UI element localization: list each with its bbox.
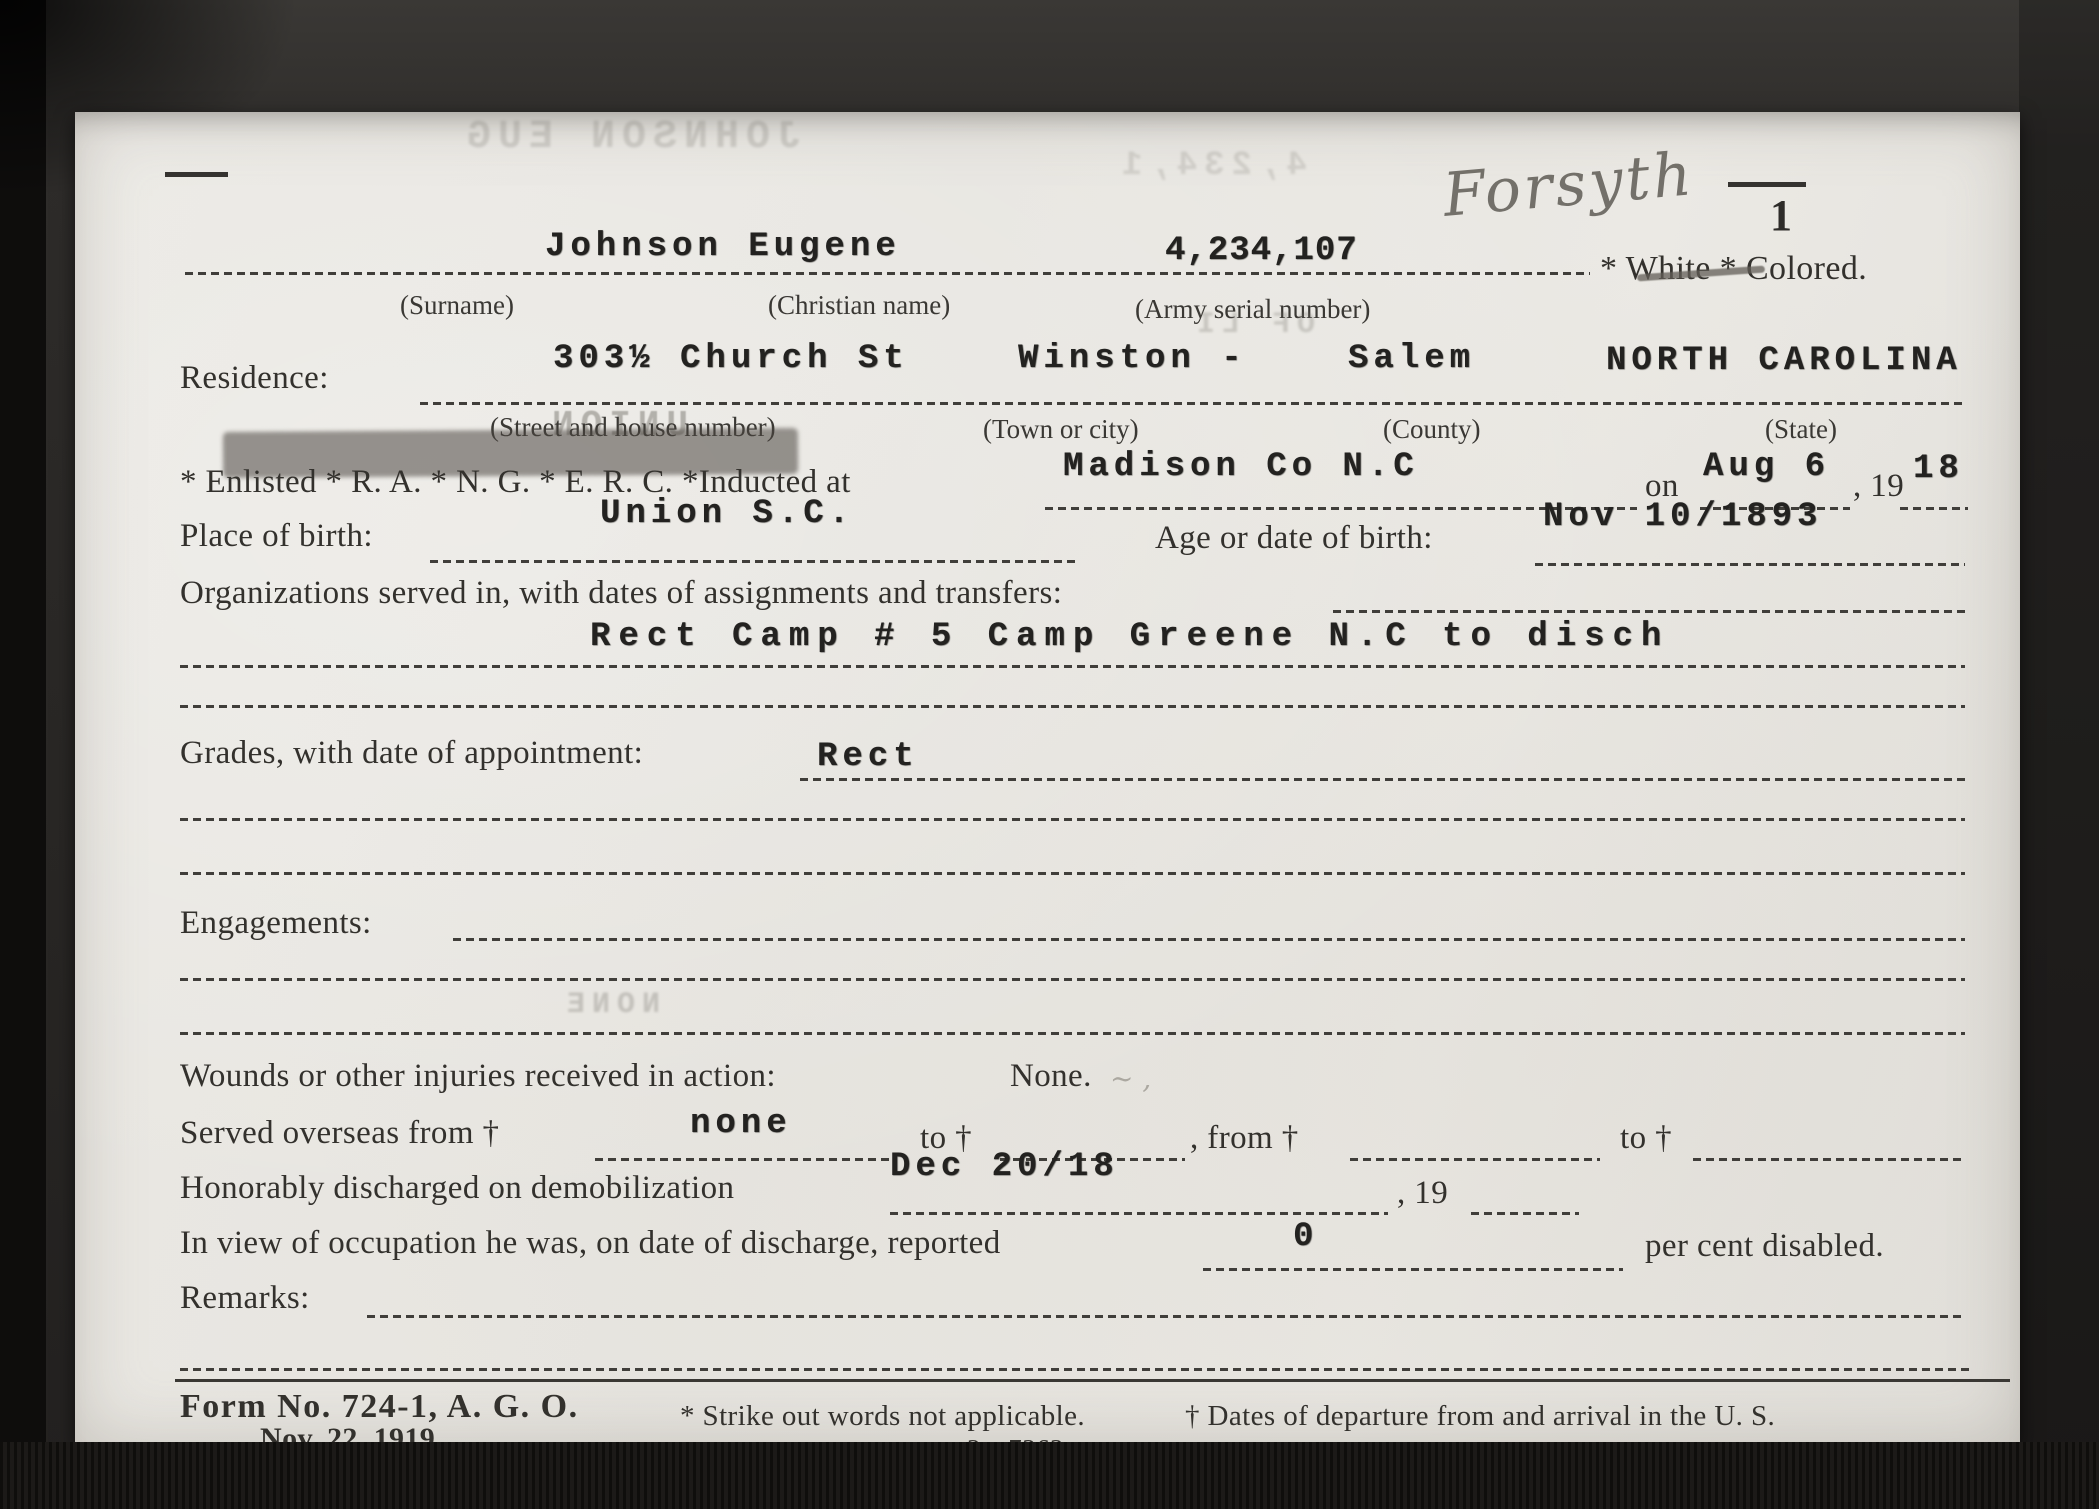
year-prefix-label: , 19 [1853,468,1904,505]
ink-bleed-header: JOHNSON EUG [460,115,801,160]
army-serial-value: 4,234,107 [1165,232,1358,270]
ink-bleed-margin: OF LI [1190,308,1315,342]
disability-value: 0 [1293,1218,1318,1256]
age-or-birthdate-label: Age or date of birth: [1155,520,1433,557]
name-value: Johnson Eugene [545,228,901,266]
engagements-rule-2 [180,978,1965,981]
strike-out-note: * Strike out words not applicable. [680,1400,1085,1433]
pencil-marks: ~ , [1110,1062,1151,1095]
grades-rule-3 [180,872,1965,875]
scanner-background-bottom [0,1442,2099,1509]
place-of-birth-value: Union S.C. [600,495,854,533]
engagements-rule-3 [180,1032,1965,1035]
birthdate-rule [1535,563,1965,566]
page-number: 1 [1770,190,1792,241]
organizations-rule-1 [1333,610,1965,613]
organizations-rule-2 [180,665,1965,668]
induction-year-rule [1900,507,1968,510]
served-overseas-label: Served overseas from † [180,1115,499,1152]
organizations-rule-3 [180,705,1965,708]
remarks-rule [367,1315,1965,1318]
top-left-tick-mark [165,172,228,177]
overseas-from-label-2: , from † [1190,1120,1299,1157]
engagements-rule-1 [453,938,1965,941]
county-label: (County) [1383,414,1481,445]
inducted-place-value: Madison Co N.C [1063,448,1419,486]
discharge-year-prefix: , 19 [1397,1175,1448,1212]
form-number: Form No. 724-1, A. G. O. [180,1388,579,1426]
state-label: (State) [1765,414,1837,445]
discharge-label: Honorably discharged on demobilization [180,1170,734,1207]
scanner-background-left [0,0,46,1509]
county-value: Salem [1348,340,1475,378]
grades-label: Grades, with date of appointment: [180,735,643,772]
overseas-rule-4 [1693,1158,1965,1161]
discharge-rule-1 [890,1212,1388,1215]
footer-dashed-rule [180,1368,1970,1371]
overseas-rule-1 [595,1158,890,1161]
discharge-rule-2 [1471,1212,1579,1215]
footer-solid-rule [175,1379,2010,1382]
overseas-to-label-2: to † [1620,1120,1672,1157]
induction-date-value: Aug 6 [1703,448,1830,486]
grades-rule-2 [180,818,1965,821]
wounds-value: None. [1010,1058,1092,1095]
wounds-label: Wounds or other injuries received in act… [180,1058,776,1095]
organizations-entry-value: Rect Camp # 5 Camp Greene N.C to disch [590,618,1669,656]
grades-value: Rect [817,738,919,776]
engagements-label: Engagements: [180,905,372,942]
grades-rule [800,778,1965,781]
scanner-background-right [2019,0,2099,1509]
state-value: NORTH CAROLINA [1606,342,1962,380]
overseas-rule-3 [1350,1158,1600,1161]
disability-suffix-label: per cent disabled. [1645,1228,1884,1265]
name-line-rule [185,272,1590,275]
town-value: Winston - [1018,340,1247,378]
place-of-birth-rule [430,560,1080,563]
top-right-tick-mark [1728,182,1806,187]
dagger-note: † Dates of departure from and arrival in… [1185,1400,1775,1433]
overseas-from-value: none [690,1105,792,1143]
surname-label: (Surname) [400,290,514,321]
induction-year-value: 18 [1913,450,1964,488]
discharge-date-value: Dec 20/18 [890,1148,1119,1186]
residence-label: Residence: [180,360,329,397]
ink-bleed-none: NONE [560,988,660,1022]
service-record-card: JOHNSON EUG 4,234,1 Forsyth 1 Johnson Eu… [75,112,2020,1445]
street-value: 303½ Church St [553,340,909,378]
remarks-label: Remarks: [180,1280,310,1317]
ink-bleed-serial: 4,234,1 [1115,147,1307,185]
place-of-birth-label: Place of birth: [180,518,373,555]
disability-rule [1203,1268,1623,1271]
birthdate-value: Nov 10/1893 [1543,498,1822,536]
disability-label: In view of occupation he was, on date of… [180,1225,1001,1262]
town-label: (Town or city) [983,414,1139,445]
handwritten-county-note: Forsyth [1440,139,1697,231]
organizations-label: Organizations served in, with dates of a… [180,575,1062,612]
christian-name-label: (Christian name) [768,290,950,321]
